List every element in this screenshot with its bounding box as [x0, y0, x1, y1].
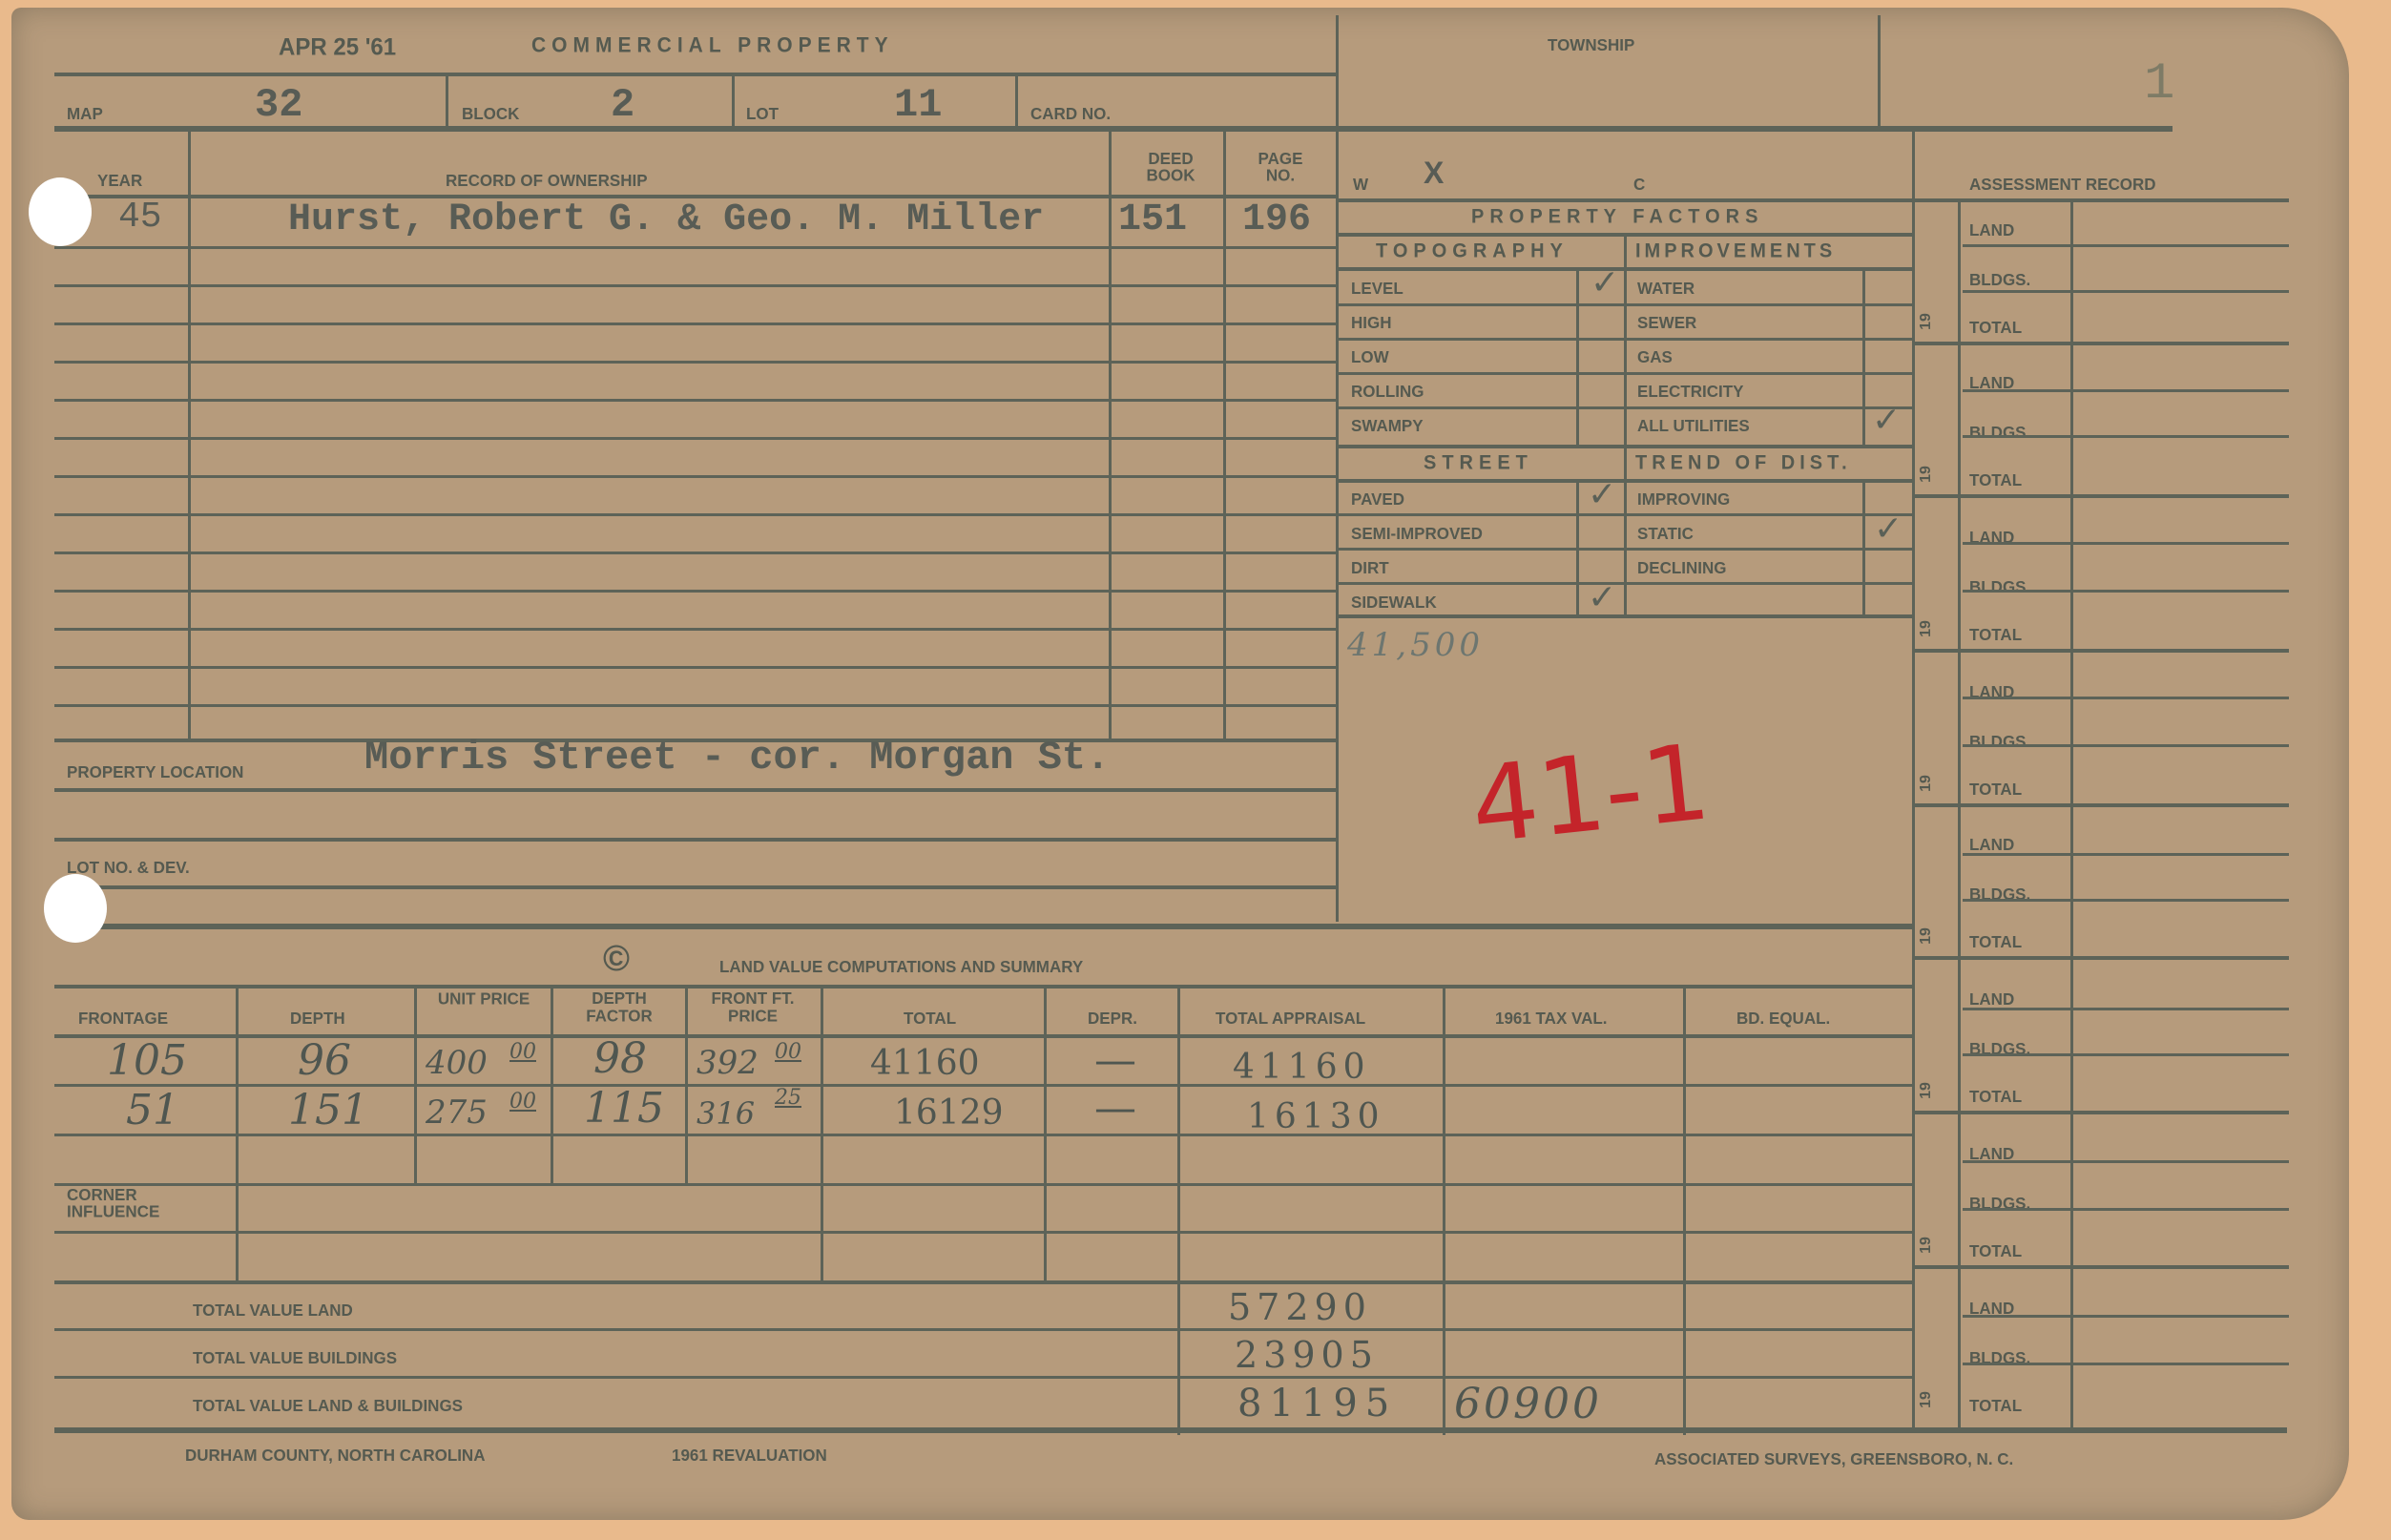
column-header-total-appraisal: TOTAL APPRAISAL: [1216, 1009, 1365, 1030]
rule: [54, 924, 1915, 929]
lot-value: 11: [894, 82, 942, 128]
trend-declining: DECLINING: [1637, 559, 1727, 579]
cell-total-appraisal: 41160: [1233, 1048, 1371, 1087]
rule: [1963, 1208, 2289, 1211]
improvements-title: IMPROVEMENTS: [1635, 239, 1836, 262]
cell-unit-price: 275: [426, 1093, 488, 1132]
cell-unit-price-cents: 00: [509, 1090, 536, 1113]
rule: [1915, 1111, 2289, 1114]
rule: [1915, 1265, 2289, 1269]
trend-static: STATIC: [1637, 525, 1694, 545]
block-value: 2: [611, 82, 634, 128]
total-label: TOTAL: [1969, 626, 2022, 646]
rule: [54, 361, 1338, 364]
divider: [1177, 987, 1180, 1435]
column-header-depr: DEPR.: [1088, 1009, 1137, 1030]
rule: [54, 1280, 1915, 1284]
rule: [54, 885, 1338, 889]
topography-high: HIGH: [1351, 314, 1392, 334]
total-label: TOTAL: [1969, 1088, 2022, 1108]
street-paved: PAVED: [1351, 490, 1404, 510]
rule: [1963, 389, 2289, 392]
cell-depth-factor: 98: [593, 1034, 647, 1083]
cell-total: 41160: [870, 1044, 980, 1083]
rule: [1915, 494, 2289, 498]
rule: [54, 1427, 2287, 1433]
divider: [54, 126, 2173, 132]
improvement-gas: GAS: [1637, 348, 1673, 368]
total-value-land-label: TOTAL VALUE LAND: [193, 1301, 353, 1321]
trend-improving: IMPROVING: [1637, 490, 1730, 510]
cell-front-ft-price: 392: [697, 1044, 759, 1082]
page-no-header: PAGE NO.: [1247, 150, 1314, 184]
rule: [1963, 244, 2289, 247]
total-value-buildings-label: TOTAL VALUE BUILDINGS: [193, 1349, 397, 1369]
cell-front-ft-price: 316: [697, 1095, 755, 1132]
divider: [188, 130, 191, 740]
divider: [1878, 15, 1881, 130]
map-value: 32: [255, 82, 302, 128]
x-mark: X: [1424, 156, 1444, 191]
cell-depth: 151: [288, 1086, 368, 1134]
punch-hole: [44, 874, 107, 943]
ownership-year: 45: [118, 197, 162, 238]
rule: [1338, 338, 1915, 341]
card-no-label: CARD NO.: [1030, 105, 1111, 125]
footer-county: DURHAM COUNTY, NORTH CAROLINA: [185, 1446, 485, 1467]
rule: [54, 788, 1338, 792]
topography-swampy: SWAMPY: [1351, 417, 1424, 437]
street-sidewalk: SIDEWALK: [1351, 593, 1437, 614]
year-prefix: 19: [1918, 466, 1935, 483]
trend-title: TREND OF DIST.: [1635, 451, 1852, 474]
year-prefix: 19: [1918, 1082, 1935, 1099]
rule: [54, 513, 1338, 516]
rule: [54, 551, 1338, 554]
checkmark-icon: ✓: [1872, 401, 1901, 440]
rule: [1338, 303, 1915, 306]
cell-unit-price-cents: 00: [509, 1040, 536, 1064]
rule: [54, 437, 1338, 440]
rule: [54, 284, 1338, 287]
bldgs-label: BLDGS.: [1969, 1040, 2030, 1060]
rule: [54, 475, 1338, 478]
rule: [54, 985, 1915, 989]
rule: [1963, 899, 2289, 902]
rule: [54, 838, 1338, 842]
column-header-front-ft-price: FRONT FT. PRICE: [691, 989, 815, 1026]
year-prefix: 19: [1918, 927, 1935, 945]
year-prefix: 19: [1918, 620, 1935, 637]
rule: [54, 399, 1338, 402]
cell-frontage: 51: [126, 1086, 179, 1134]
year-prefix: 19: [1918, 775, 1935, 792]
topography-low: LOW: [1351, 348, 1389, 368]
column-header-tax-val: 1961 TAX VAL.: [1495, 1009, 1607, 1030]
punch-hole: [29, 177, 92, 246]
total-value-land-buildings-appraisal: 81195: [1237, 1382, 1397, 1426]
cell-front-ft-price-cents: 25: [775, 1086, 801, 1110]
rule: [54, 1328, 1915, 1331]
total-value-buildings-appraisal: 23905: [1235, 1334, 1379, 1376]
cell-front-ft-price-cents: 00: [775, 1040, 801, 1064]
rule: [1915, 803, 2289, 807]
divider: [1223, 130, 1226, 740]
rule: [1915, 342, 2289, 345]
cell-depr: —: [1094, 1036, 1136, 1085]
land-label: LAND: [1969, 683, 2014, 703]
land-value-title: LAND VALUE COMPUTATIONS AND SUMMARY: [719, 958, 1083, 978]
rule: [54, 1231, 1915, 1234]
rule: [1963, 590, 2289, 593]
rule: [1963, 1363, 2289, 1365]
cell-frontage: 105: [107, 1036, 187, 1085]
deed-book-header: DEED BOOK: [1133, 150, 1209, 184]
rule: [1963, 697, 2289, 699]
rule: [1338, 445, 1915, 448]
checkmark-icon: ✓: [1588, 475, 1616, 514]
rule: [54, 246, 1338, 249]
bldgs-label: BLDGS.: [1969, 885, 2030, 905]
checkmark-icon: ✓: [1591, 263, 1619, 302]
column-header-bd-equal: BD. EQUAL.: [1736, 1009, 1830, 1030]
improvement-electricity: ELECTRICITY: [1637, 383, 1743, 403]
property-factors-title: PROPERTY FACTORS: [1471, 205, 1763, 228]
street-dirt: DIRT: [1351, 559, 1389, 579]
column-header-depth: DEPTH: [290, 1009, 345, 1030]
rule: [1963, 1315, 2289, 1318]
rule: [1338, 513, 1915, 516]
rule: [1963, 1053, 2289, 1056]
township-label: TOWNSHIP: [1548, 36, 1634, 56]
rule: [1963, 1008, 2289, 1010]
year-prefix: 19: [1918, 313, 1935, 330]
divider: [1862, 267, 1865, 448]
cell-depr: —: [1094, 1084, 1136, 1133]
rule: [1915, 649, 2289, 653]
bldgs-label: BLDGS.: [1969, 1349, 2030, 1369]
street-semi-improved: SEMI-IMPROVED: [1351, 525, 1483, 545]
township-value: [1481, 65, 1767, 103]
footer-publisher: ASSOCIATED SURVEYS, GREENSBORO, N. C.: [1654, 1450, 2013, 1470]
rule: [54, 1134, 1915, 1136]
land-label: LAND: [1969, 221, 2014, 241]
column-header-frontage: FRONTAGE: [78, 1009, 168, 1030]
block-label: BLOCK: [462, 105, 519, 125]
pencil-note-value: 41,500: [1347, 626, 1484, 664]
red-handwritten-code: 41-1: [1466, 720, 1715, 866]
copyright-icon: ©: [603, 939, 630, 980]
map-label: MAP: [67, 105, 103, 125]
divider: [1624, 233, 1627, 614]
rule: [1963, 853, 2289, 856]
total-value-land-appraisal: 57290: [1228, 1286, 1372, 1328]
total-value-land-buildings-tax-val: 60900: [1454, 1380, 1602, 1428]
rule: [1338, 582, 1915, 585]
total-label: TOTAL: [1969, 933, 2022, 953]
rule: [1963, 290, 2289, 293]
rule: [54, 323, 1338, 325]
rule: [1915, 956, 2289, 960]
column-header-depth-factor: DEPTH FACTOR: [557, 989, 681, 1026]
total-label: TOTAL: [1969, 471, 2022, 491]
cell-depth-factor: 115: [584, 1084, 664, 1133]
rule: [1338, 614, 1915, 618]
year-prefix: 19: [1918, 1391, 1935, 1408]
divider: [2070, 200, 2073, 1431]
divider: [54, 73, 1338, 76]
rule: [1338, 267, 1915, 271]
bldgs-label: BLDGS.: [1969, 1195, 2030, 1215]
rule: [54, 1183, 1915, 1186]
rule: [54, 628, 1338, 631]
date-stamp: APR 25 '61: [279, 33, 396, 61]
bldgs-label: BLDGS.: [1969, 424, 2030, 444]
ownership-deed-book: 151: [1118, 198, 1187, 241]
rule: [1963, 542, 2289, 545]
property-location-label: PROPERTY LOCATION: [67, 763, 243, 783]
divider: [446, 74, 448, 128]
record-of-ownership-header: RECORD OF OWNERSHIP: [446, 172, 648, 192]
divider: [732, 74, 735, 128]
column-header-unit-price: UNIT PRICE: [422, 990, 546, 1009]
rule: [1338, 479, 1915, 483]
card-title: COMMERCIAL PROPERTY: [531, 33, 894, 57]
divider: [1015, 74, 1018, 128]
rule: [1963, 744, 2289, 747]
divider: [1683, 987, 1686, 1435]
assessment-record-title: ASSESSMENT RECORD: [1969, 176, 2156, 196]
c-label: C: [1633, 176, 1645, 196]
rule: [1915, 198, 2289, 202]
rule: [1963, 1160, 2289, 1163]
cell-total: 16129: [894, 1093, 1004, 1133]
improvement-sewer: SEWER: [1637, 314, 1696, 334]
total-label: TOTAL: [1969, 319, 2022, 339]
column-header-total: TOTAL: [904, 1009, 956, 1030]
divider: [1958, 200, 1961, 1431]
rule: [1338, 548, 1915, 551]
cell-total-appraisal: 16130: [1247, 1097, 1385, 1136]
total-label: TOTAL: [1969, 1397, 2022, 1417]
year-column-header: YEAR: [97, 172, 142, 192]
property-location-value: Morris Street - cor. Morgan St.: [364, 735, 1110, 780]
rule: [1338, 372, 1915, 375]
footer-revaluation: 1961 REVALUATION: [672, 1446, 827, 1467]
total-value-land-buildings-label: TOTAL VALUE LAND & BUILDINGS: [193, 1397, 463, 1417]
w-label: W: [1353, 176, 1368, 196]
street-title: STREET: [1424, 451, 1533, 474]
topography-rolling: ROLLING: [1351, 383, 1424, 403]
rule: [54, 666, 1338, 669]
divider: [1109, 130, 1112, 740]
checkmark-icon: ✓: [1874, 510, 1902, 549]
property-record-card: APR 25 '61 COMMERCIAL PROPERTY TOWNSHIP …: [11, 8, 2349, 1520]
ownership-page-no: 196: [1242, 198, 1336, 241]
rule: [1338, 406, 1915, 409]
improvement-water: WATER: [1637, 280, 1694, 300]
total-label: TOTAL: [1969, 1242, 2022, 1262]
year-prefix: 19: [1918, 1237, 1935, 1254]
cell-depth: 96: [298, 1036, 351, 1085]
bldgs-label: BLDGS.: [1969, 271, 2030, 291]
card-corner-number: 1: [2144, 55, 2174, 114]
lot-label: LOT: [746, 105, 779, 125]
rule: [54, 1376, 1915, 1379]
rule: [1963, 435, 2289, 438]
rule: [1338, 198, 1915, 202]
bldgs-label: BLDGS.: [1969, 733, 2030, 753]
corner-influence-label: CORNER INFLUENCE: [67, 1186, 181, 1220]
rule: [54, 704, 1338, 707]
checkmark-icon: ✓: [1588, 578, 1616, 617]
cell-unit-price: 400: [426, 1044, 488, 1082]
bldgs-label: BLDGS.: [1969, 578, 2030, 598]
improvement-all-utilities: ALL UTILITIES: [1637, 417, 1750, 437]
topography-title: TOPOGRAPHY: [1376, 239, 1569, 262]
ownership-owner: Hurst, Robert G. & Geo. M. Miller: [288, 198, 1044, 241]
rule: [54, 590, 1338, 593]
topography-level: LEVEL: [1351, 280, 1403, 300]
divider: [1443, 987, 1445, 1435]
total-label: TOTAL: [1969, 780, 2022, 801]
divider: [1576, 267, 1579, 448]
land-label: LAND: [1969, 529, 2014, 549]
